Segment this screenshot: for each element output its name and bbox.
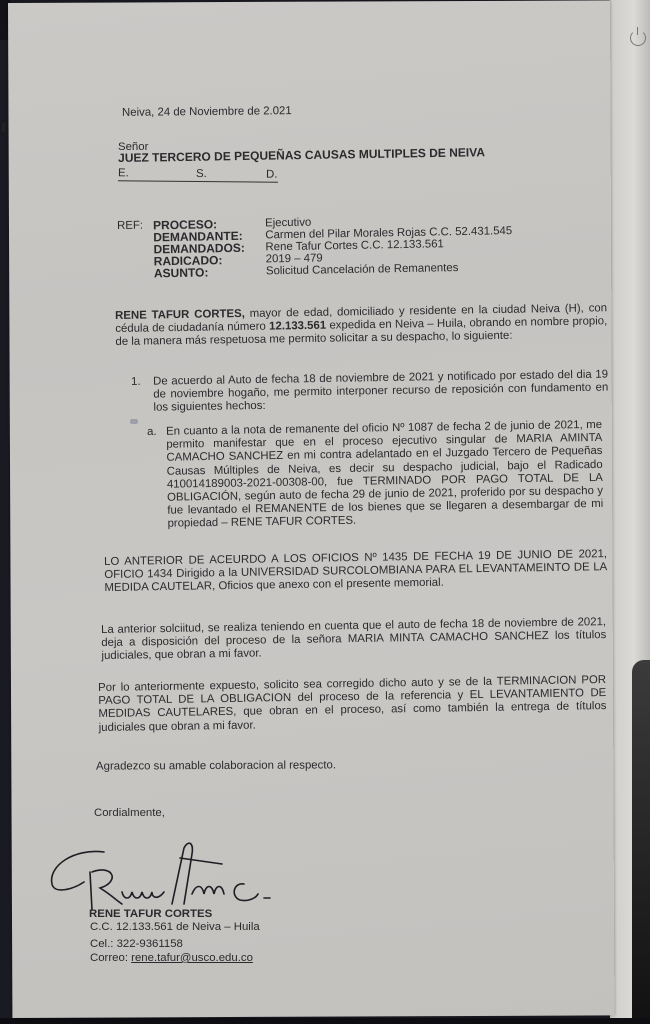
signer-email-line: Correo: rene.tafur@usco.edu.co	[90, 952, 253, 965]
numbered-item: 1. De acuerdo al Auto de fecha 18 de nov…	[131, 368, 623, 376]
reference-label: REF:	[117, 220, 143, 234]
margin-mark	[2, 123, 5, 132]
esd-line: E. S. D.	[118, 167, 278, 182]
sub-item-letter: a.	[147, 426, 157, 439]
author-name: RENE TAFUR CORTES,	[115, 308, 245, 322]
esd-s: S.	[196, 168, 207, 181]
closing-line: Cordialmente,	[94, 807, 165, 820]
addressee: JUEZ TERCERO DE PEQUEÑAS CAUSAS MULTIPLE…	[118, 146, 485, 165]
item-text: De acuerdo al Auto de fecha 18 de noviem…	[153, 369, 609, 416]
intro-paragraph: RENE TAFUR CORTES, mayor de edad, domici…	[115, 302, 608, 349]
signer-id: C.C. 12.133.561 de Neiva – Huila	[90, 921, 260, 934]
author-id: 12.133.561	[269, 320, 326, 333]
reference-value: Solicitud Cancelación de Remanentes	[266, 262, 459, 279]
paragraph-solicitud: La anterior solciitud, se realiza tenien…	[101, 616, 607, 664]
item-number: 1.	[131, 376, 141, 389]
email-link[interactable]: rene.tafur@usco.edu.co	[131, 952, 253, 964]
handwritten-signature	[44, 838, 284, 918]
paragraph-oficios: LO ANTERIOR DE ACEURDO A LOS OFICIOS Nº …	[104, 548, 608, 596]
thanks-line: Agradezco su amable colaboracion al resp…	[96, 759, 336, 773]
sub-item: a. En cuanto a la nota de remanente del …	[147, 418, 639, 426]
date-line: Neiva, 24 de Noviembre de 2.021	[122, 105, 292, 120]
sub-item-text: En cuanto a la nota de remanente del ofi…	[166, 419, 604, 531]
esd-d: D.	[266, 169, 278, 182]
esd-e: E.	[118, 167, 129, 180]
paragraph-peticion: Por lo anteriormente expuesto, solicito …	[98, 674, 607, 735]
reference-key: ASUNTO:	[154, 266, 209, 280]
signer-name: RENE TAFUR CORTES	[89, 908, 212, 921]
letter-document: Neiva, 24 de Noviembre de 2.021 Señor JU…	[0, 0, 650, 1024]
ink-mark	[130, 419, 138, 424]
email-label: Correo:	[90, 952, 128, 964]
signer-phone: Cel.: 322-9361158	[90, 938, 183, 951]
